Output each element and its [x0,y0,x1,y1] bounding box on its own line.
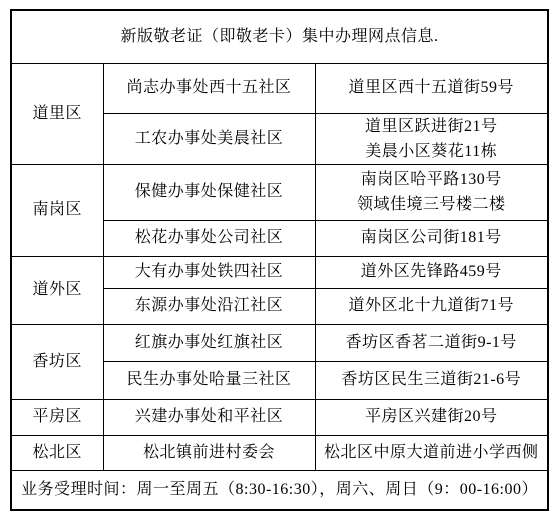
office-cell: 大有办事处铁四社区 [103,256,315,288]
address-cell: 道里区西十五道街59号 [315,63,548,113]
district-cell-pingfang: 平房区 [11,399,103,435]
office-cell: 民生办事处哈量三社区 [103,361,315,399]
address-cell: 道外区北十九道街71号 [315,288,548,324]
table-row: 道里区 尚志办事处西十五社区 道里区西十五道街59号 [11,63,548,113]
table-title: 新版敬老证（即敬老卡）集中办理网点信息. [11,10,548,63]
office-cell: 红旗办事处红旗社区 [103,324,315,361]
page: 新版敬老证（即敬老卡）集中办理网点信息. 道里区 尚志办事处西十五社区 道里区西… [0,0,554,515]
table-row: 南岗区 保健办事处保健社区 南岗区哈平路130号 领域佳境三号楼二楼 [11,164,548,220]
office-cell: 兴建办事处和平社区 [103,399,315,435]
address-cell: 道外区先锋路459号 [315,256,548,288]
footer-row: 业务受理时间：周一至周五（8:30-16:30），周六、周日（9：00-16:0… [11,470,548,510]
district-cell-songbei: 松北区 [11,435,103,470]
address-cell: 南岗区哈平路130号 领域佳境三号楼二楼 [315,164,548,220]
table-row: 道外区 大有办事处铁四社区 道外区先锋路459号 [11,256,548,288]
network-points-table: 新版敬老证（即敬老卡）集中办理网点信息. 道里区 尚志办事处西十五社区 道里区西… [10,9,549,511]
address-cell: 道里区跃进街21号 美晨小区葵花11栋 [315,113,548,164]
office-cell: 松花办事处公司社区 [103,220,315,256]
address-cell: 平房区兴建街20号 [315,399,548,435]
district-cell-xiangfang: 香坊区 [11,324,103,399]
table-row: 香坊区 红旗办事处红旗社区 香坊区香茗二道街9-1号 [11,324,548,361]
address-line: 道里区跃进街21号 [318,114,546,139]
address-cell: 香坊区民生三道街21-6号 [315,361,548,399]
table-row: 松北区 松北镇前进村委会 松北区中原大道前进小学西侧 [11,435,548,470]
address-line: 南岗区哈平路130号 [318,167,546,192]
address-line: 领域佳境三号楼二楼 [318,192,546,217]
address-cell: 南岗区公司街181号 [315,220,548,256]
address-cell: 松北区中原大道前进小学西侧 [315,435,548,470]
office-cell: 保健办事处保健社区 [103,164,315,220]
address-line: 美晨小区葵花11栋 [318,139,546,164]
district-cell-nangang: 南岗区 [11,164,103,256]
district-cell-daowai: 道外区 [11,256,103,324]
service-hours-note: 业务受理时间：周一至周五（8:30-16:30），周六、周日（9：00-16:0… [11,470,548,510]
office-cell: 尚志办事处西十五社区 [103,63,315,113]
address-cell: 香坊区香茗二道街9-1号 [315,324,548,361]
office-cell: 工农办事处美晨社区 [103,113,315,164]
office-cell: 松北镇前进村委会 [103,435,315,470]
district-cell-daoli: 道里区 [11,63,103,164]
office-cell: 东源办事处沿江社区 [103,288,315,324]
title-row: 新版敬老证（即敬老卡）集中办理网点信息. [11,10,548,63]
table-row: 平房区 兴建办事处和平社区 平房区兴建街20号 [11,399,548,435]
